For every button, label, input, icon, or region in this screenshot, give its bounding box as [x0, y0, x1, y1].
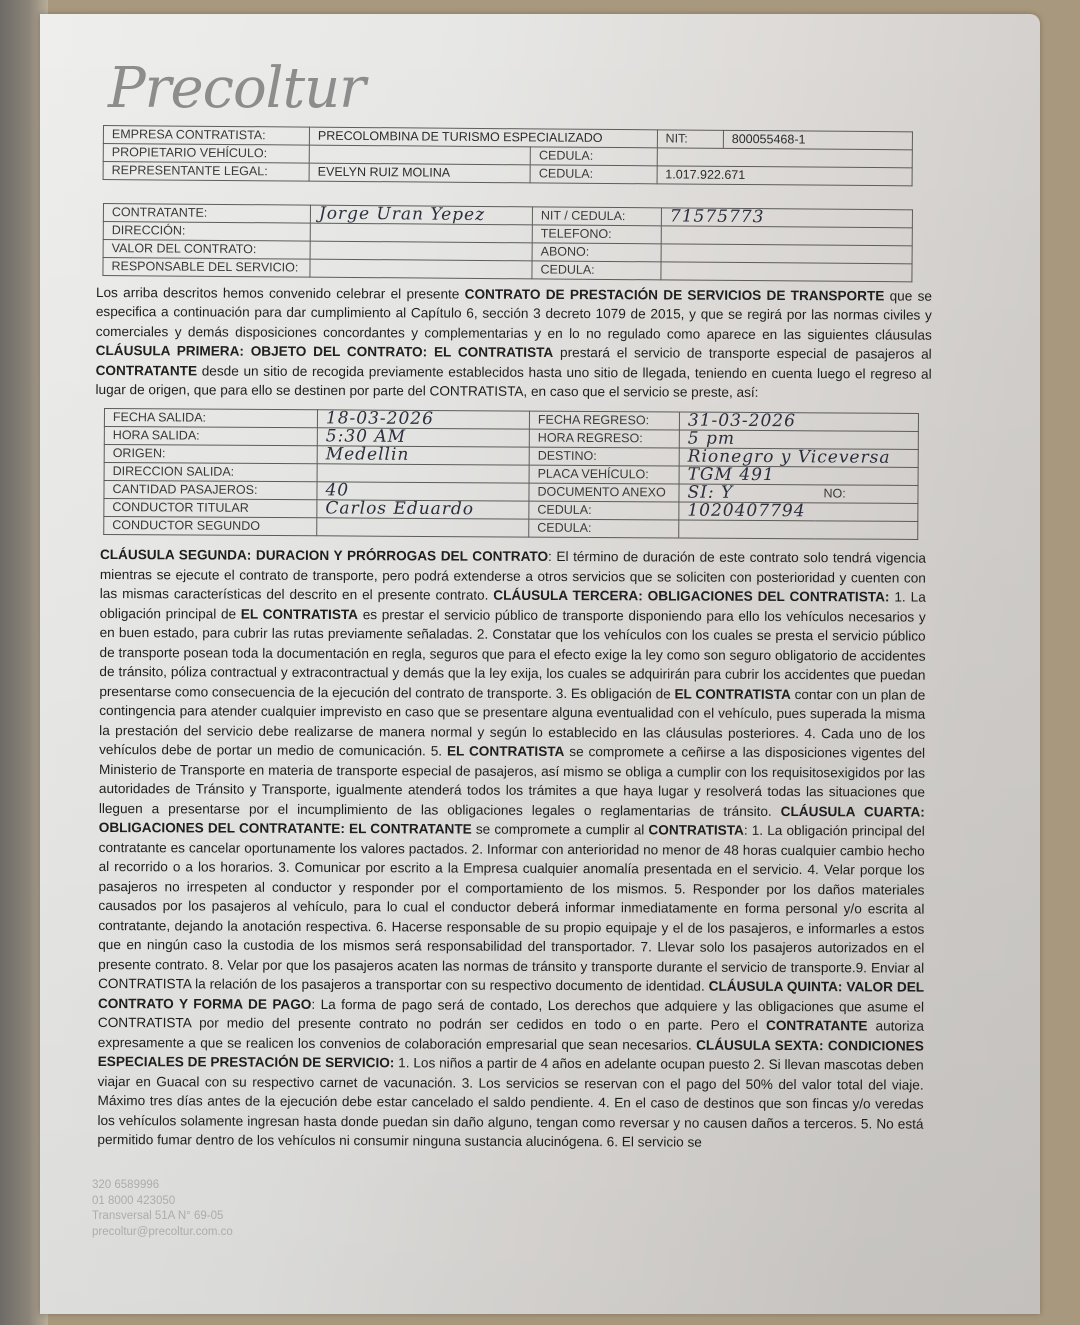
handwritten-value: Carlos Eduardo [317, 500, 529, 519]
field-label: DOCUMENTO ANEXO [529, 483, 679, 502]
contact-footer: 320 6589996 01 8000 423050 Transversal 5… [92, 1178, 233, 1240]
field-value [310, 223, 532, 243]
field-label: NIT: [657, 130, 723, 149]
field-label: EMPRESA CONTRATISTA: [103, 126, 309, 146]
field-value: 1.017.922.671 [657, 166, 912, 186]
field-label: ORIGEN: [104, 445, 317, 464]
field-value [679, 520, 918, 539]
handwritten-value: 71575773 [661, 208, 912, 228]
field-label: PROPIETARIO VEHÍCULO: [103, 144, 309, 164]
field-label: VALOR DEL CONTRATO: [103, 240, 310, 260]
field-label: CEDULA: [529, 519, 679, 538]
clauses-paragraph: CLÁUSULA SEGUNDA: DURACION Y PRÓRROGAS D… [97, 545, 926, 1153]
field-label: CEDULA: [532, 261, 661, 280]
handwritten-value: Jorge Uran Yepez [310, 205, 532, 225]
field-label: DESTINO: [529, 447, 679, 466]
clauses-body: CLÁUSULA SEGUNDA: DURACION Y PRÓRROGAS D… [97, 545, 926, 1153]
field-value [661, 244, 912, 264]
field-label: CEDULA: [530, 165, 657, 184]
field-value [310, 241, 532, 261]
field-label: NO: [815, 485, 918, 504]
field-label: CONDUCTOR TITULAR [104, 499, 317, 518]
contract-body: Los arriba descritos hemos convenido cel… [95, 283, 932, 403]
field-label: DIRECCION SALIDA: [104, 463, 317, 482]
field-value [309, 145, 530, 165]
field-value [317, 518, 529, 537]
handwritten-value: Medellin [317, 446, 529, 465]
field-value [310, 259, 532, 279]
field-label: DIRECCIÓN: [103, 222, 310, 242]
clause-2-heading: CLÁUSULA SEGUNDA: DURACION Y PRÓRROGAS D… [100, 547, 548, 564]
field-label: CONTRATANTE: [103, 204, 310, 224]
field-label: REPRESENTANTE LEGAL: [103, 162, 309, 182]
field-label: CONDUCTOR SEGUNDO [104, 517, 317, 536]
field-value: EVELYN RUIZ MOLINA [309, 163, 530, 183]
field-label: CANTIDAD PASAJEROS: [104, 481, 317, 500]
trip-details-table: FECHA SALIDA: 18-03-2026 FECHA REGRESO: … [103, 408, 919, 540]
field-value [661, 226, 912, 246]
footer-email: precoltur@precoltur.com.co [92, 1225, 233, 1241]
field-label: CEDULA: [530, 147, 657, 166]
company-logo: Precoltur [108, 56, 365, 121]
field-label: CEDULA: [529, 501, 679, 520]
field-value [657, 148, 912, 168]
field-label: TELEFONO: [532, 225, 661, 244]
field-label: FECHA SALIDA: [104, 409, 317, 428]
field-label: HORA REGRESO: [529, 429, 679, 448]
field-label: ABONO: [532, 243, 661, 262]
clause-3-heading: CLÁUSULA TERCERA: OBLIGACIONES DEL CONTR… [493, 588, 889, 605]
handwritten-value: 1020407794 [679, 502, 918, 521]
field-value: 800055468-1 [723, 130, 912, 149]
field-label: NIT / CEDULA: [532, 207, 661, 226]
intro-paragraph: Los arriba descritos hemos convenido cel… [95, 283, 932, 403]
field-label: RESPONSABLE DEL SERVICIO: [103, 258, 310, 278]
field-label: HORA SALIDA: [104, 427, 317, 446]
field-label: PLACA VEHÍCULO: [529, 465, 679, 484]
footer-toll-free: 01 8000 423050 [92, 1194, 233, 1210]
client-info-table: CONTRATANTE: Jorge Uran Yepez NIT / CEDU… [102, 203, 913, 282]
field-value: PRECOLOMBINA DE TURISMO ESPECIALIZADO [309, 127, 657, 148]
field-label: FECHA REGRESO: [529, 411, 679, 430]
footer-address: Transversal 51A N° 69-05 [92, 1209, 233, 1225]
field-value [661, 262, 912, 282]
footer-phone: 320 6589996 [92, 1178, 233, 1194]
company-info-table: EMPRESA CONTRATISTA: PRECOLOMBINA DE TUR… [103, 125, 913, 186]
